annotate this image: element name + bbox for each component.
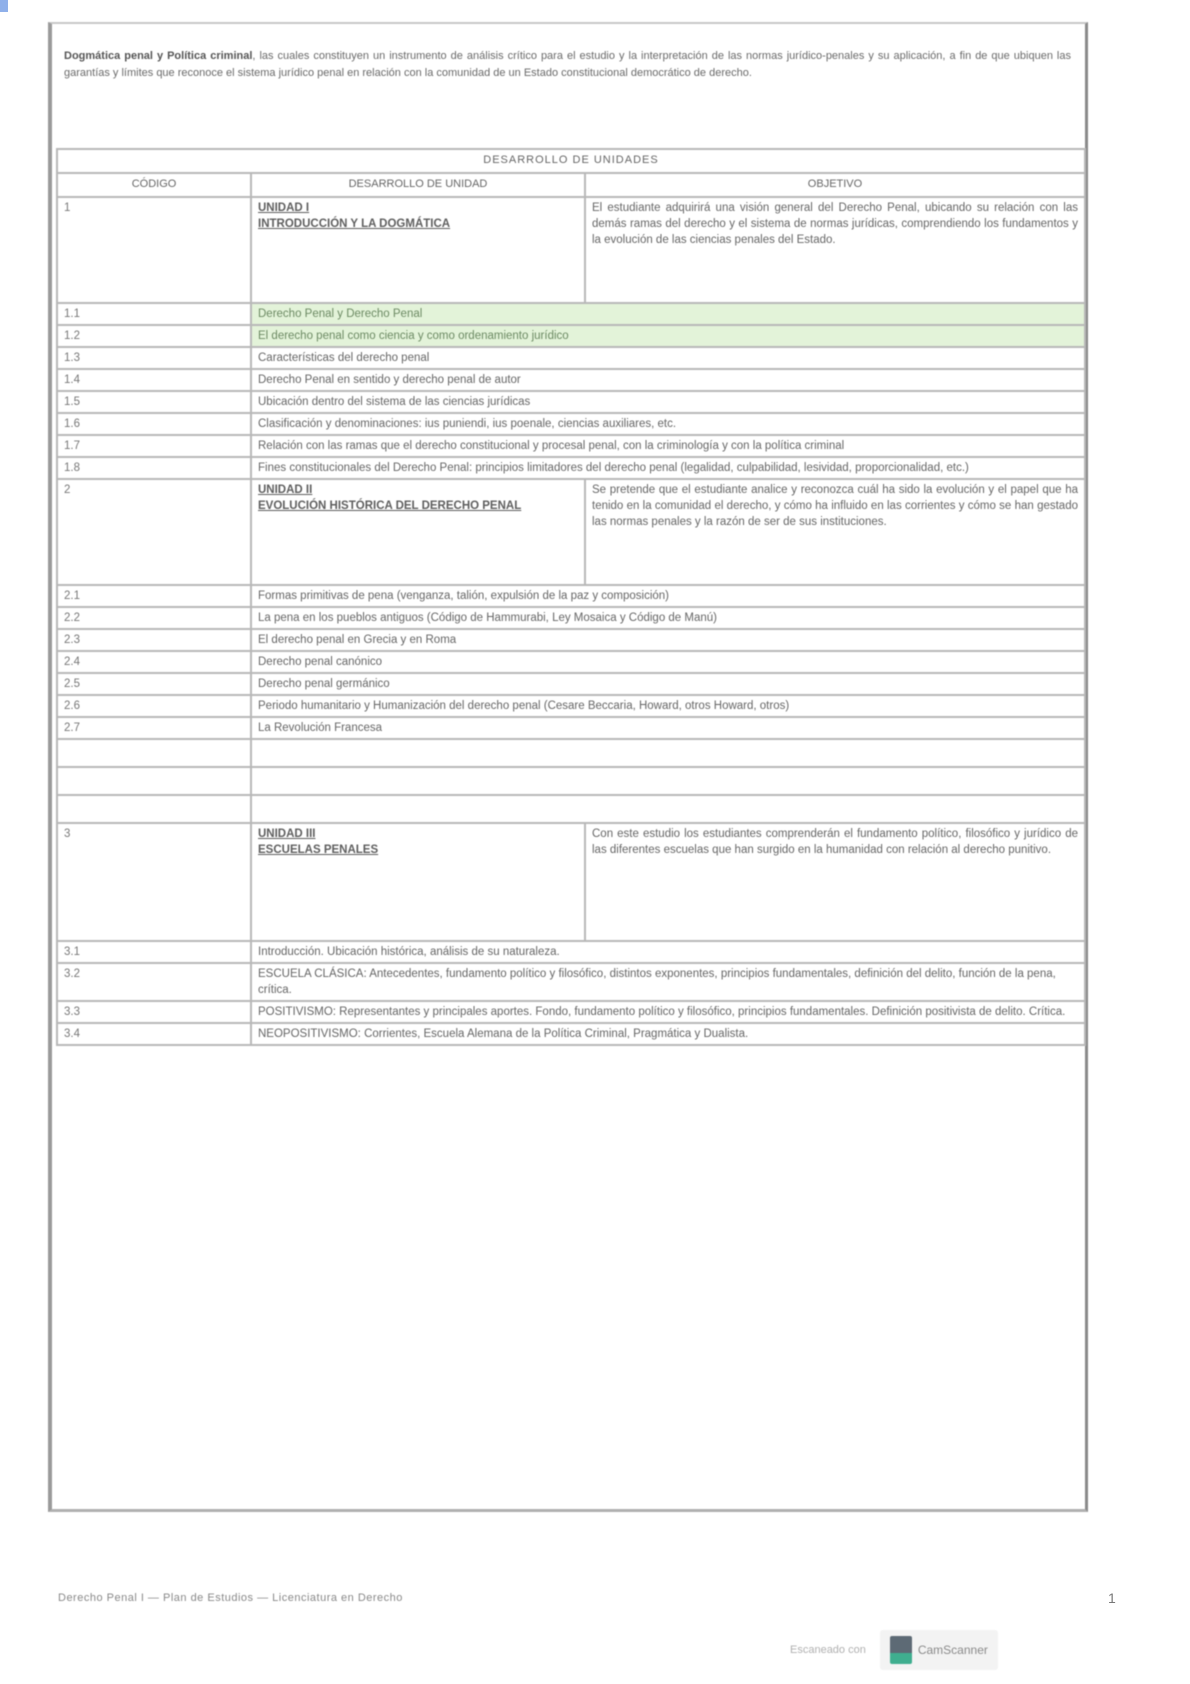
intro-lead: Dogmática penal y Política criminal: [64, 50, 252, 62]
item-code: 1.6: [57, 413, 251, 435]
table-row: 1.4Derecho Penal en sentido y derecho pe…: [57, 369, 1085, 391]
footer-document-id: Derecho Penal I — Plan de Estudios — Lic…: [58, 1592, 403, 1604]
blank-row: [57, 795, 1085, 823]
table-row: 1.6Clasificación y denominaciones: ius p…: [57, 413, 1085, 435]
item-code: 1.5: [57, 391, 251, 413]
item-text: Introducción. Ubicación histórica, análi…: [251, 941, 1085, 963]
unit-objective: El estudiante adquirirá una visión gener…: [585, 197, 1085, 303]
item-text: Clasificación y denominaciones: ius puni…: [251, 413, 1085, 435]
header-unit: DESARROLLO DE UNIDAD: [251, 173, 585, 197]
table-row: 1.2El derecho penal como ciencia y como …: [57, 325, 1085, 347]
table-row: 1.1Derecho Penal y Derecho Penal: [57, 303, 1085, 325]
header-objective: OBJETIVO: [585, 173, 1085, 197]
item-code: 2.5: [57, 673, 251, 695]
document-page: Dogmática penal y Política criminal, las…: [48, 22, 1088, 1512]
unit-title-line2: ESCUELAS PENALES: [258, 842, 578, 858]
intro-paragraph: Dogmática penal y Política criminal, las…: [64, 48, 1071, 82]
item-text: NEOPOSITIVISMO: Corrientes, Escuela Alem…: [251, 1023, 1085, 1045]
item-text: ESCUELA CLÁSICA: Antecedentes, fundament…: [251, 963, 1085, 1001]
blank-row: [57, 739, 1085, 767]
item-text: Ubicación dentro del sistema de las cien…: [251, 391, 1085, 413]
item-code: 2.2: [57, 607, 251, 629]
table-row: 2.3El derecho penal en Grecia y en Roma: [57, 629, 1085, 651]
unit-title-line2: INTRODUCCIÓN Y LA DOGMÁTICA: [258, 216, 578, 232]
item-code: 1.7: [57, 435, 251, 457]
item-code: 1.1: [57, 303, 251, 325]
item-code: 3.3: [57, 1001, 251, 1023]
item-text: Fines constitucionales del Derecho Penal…: [251, 457, 1085, 479]
scanner-watermark: Escaneado con CamScanner: [790, 1630, 998, 1670]
unit-row: 1UNIDAD IINTRODUCCIÓN Y LA DOGMÁTICAEl e…: [57, 197, 1085, 303]
item-text: Periodo humanitario y Humanización del d…: [251, 695, 1085, 717]
syllabus-table: DESARROLLO DE UNIDADES CÓDIGO DESARROLLO…: [56, 148, 1086, 1046]
table-title: DESARROLLO DE UNIDADES: [57, 149, 1085, 173]
item-code: 1.4: [57, 369, 251, 391]
table-row: 3.1Introducción. Ubicación histórica, an…: [57, 941, 1085, 963]
table-row: 2.5Derecho penal germánico: [57, 673, 1085, 695]
unit-title-line1: UNIDAD II: [258, 482, 578, 498]
item-code: 2.7: [57, 717, 251, 739]
item-code: 1.8: [57, 457, 251, 479]
camscanner-logo-icon: [890, 1636, 912, 1664]
unit-title-line1: UNIDAD I: [258, 200, 578, 216]
unit-code: 1: [57, 197, 251, 303]
item-text: El derecho penal como ciencia y como ord…: [251, 325, 1085, 347]
unit-row: 3UNIDAD IIIESCUELAS PENALESCon este estu…: [57, 823, 1085, 941]
item-text: Características del derecho penal: [251, 347, 1085, 369]
item-code: 3.2: [57, 963, 251, 1001]
item-text: Derecho penal canónico: [251, 651, 1085, 673]
table-row: 3.2ESCUELA CLÁSICA: Antecedentes, fundam…: [57, 963, 1085, 1001]
blank-cell: [57, 795, 251, 823]
item-code: 3.1: [57, 941, 251, 963]
blank-cell: [57, 767, 251, 795]
unit-title-line1: UNIDAD III: [258, 826, 578, 842]
page-number: 1: [1108, 1590, 1116, 1606]
table-row: 3.3POSITIVISMO: Representantes y princip…: [57, 1001, 1085, 1023]
scanner-name: CamScanner: [918, 1643, 988, 1657]
item-text: Relación con las ramas que el derecho co…: [251, 435, 1085, 457]
table-row: 2.4Derecho penal canónico: [57, 651, 1085, 673]
item-text: Derecho Penal en sentido y derecho penal…: [251, 369, 1085, 391]
table-row: 3.4NEOPOSITIVISMO: Corrientes, Escuela A…: [57, 1023, 1085, 1045]
item-code: 2.1: [57, 585, 251, 607]
unit-title: UNIDAD IINTRODUCCIÓN Y LA DOGMÁTICA: [251, 197, 585, 303]
item-text: La pena en los pueblos antiguos (Código …: [251, 607, 1085, 629]
scanner-badge: CamScanner: [880, 1630, 998, 1670]
unit-row: 2UNIDAD IIEVOLUCIÓN HISTÓRICA DEL DERECH…: [57, 479, 1085, 585]
item-text: Formas primitivas de pena (venganza, tal…: [251, 585, 1085, 607]
unit-code: 2: [57, 479, 251, 585]
table-row: 1.5Ubicación dentro del sistema de las c…: [57, 391, 1085, 413]
selection-corner-mark: [0, 0, 8, 12]
unit-code: 3: [57, 823, 251, 941]
blank-cell: [251, 795, 1085, 823]
item-code: 1.3: [57, 347, 251, 369]
item-code: 2.4: [57, 651, 251, 673]
header-code: CÓDIGO: [57, 173, 251, 197]
unit-title: UNIDAD IIIESCUELAS PENALES: [251, 823, 585, 941]
scanner-label: Escaneado con: [790, 1644, 866, 1656]
unit-title: UNIDAD IIEVOLUCIÓN HISTÓRICA DEL DERECHO…: [251, 479, 585, 585]
item-code: 1.2: [57, 325, 251, 347]
unit-title-line2: EVOLUCIÓN HISTÓRICA DEL DERECHO PENAL: [258, 498, 578, 514]
table-row: 2.6Periodo humanitario y Humanización de…: [57, 695, 1085, 717]
item-code: 2.3: [57, 629, 251, 651]
unit-objective: Se pretende que el estudiante analice y …: [585, 479, 1085, 585]
table-row: 2.7La Revolución Francesa: [57, 717, 1085, 739]
blank-cell: [251, 739, 1085, 767]
table-row: 2.1Formas primitivas de pena (venganza, …: [57, 585, 1085, 607]
item-code: 3.4: [57, 1023, 251, 1045]
blank-cell: [251, 767, 1085, 795]
table-row: 1.7Relación con las ramas que el derecho…: [57, 435, 1085, 457]
item-text: Derecho penal germánico: [251, 673, 1085, 695]
item-text: La Revolución Francesa: [251, 717, 1085, 739]
table-row: 1.3Características del derecho penal: [57, 347, 1085, 369]
item-text: Derecho Penal y Derecho Penal: [251, 303, 1085, 325]
item-code: 2.6: [57, 695, 251, 717]
blank-cell: [57, 739, 251, 767]
item-text: El derecho penal en Grecia y en Roma: [251, 629, 1085, 651]
table-row: 1.8Fines constitucionales del Derecho Pe…: [57, 457, 1085, 479]
blank-row: [57, 767, 1085, 795]
unit-objective: Con este estudio los estudiantes compren…: [585, 823, 1085, 941]
table-row: 2.2La pena en los pueblos antiguos (Códi…: [57, 607, 1085, 629]
item-text: POSITIVISMO: Representantes y principale…: [251, 1001, 1085, 1023]
